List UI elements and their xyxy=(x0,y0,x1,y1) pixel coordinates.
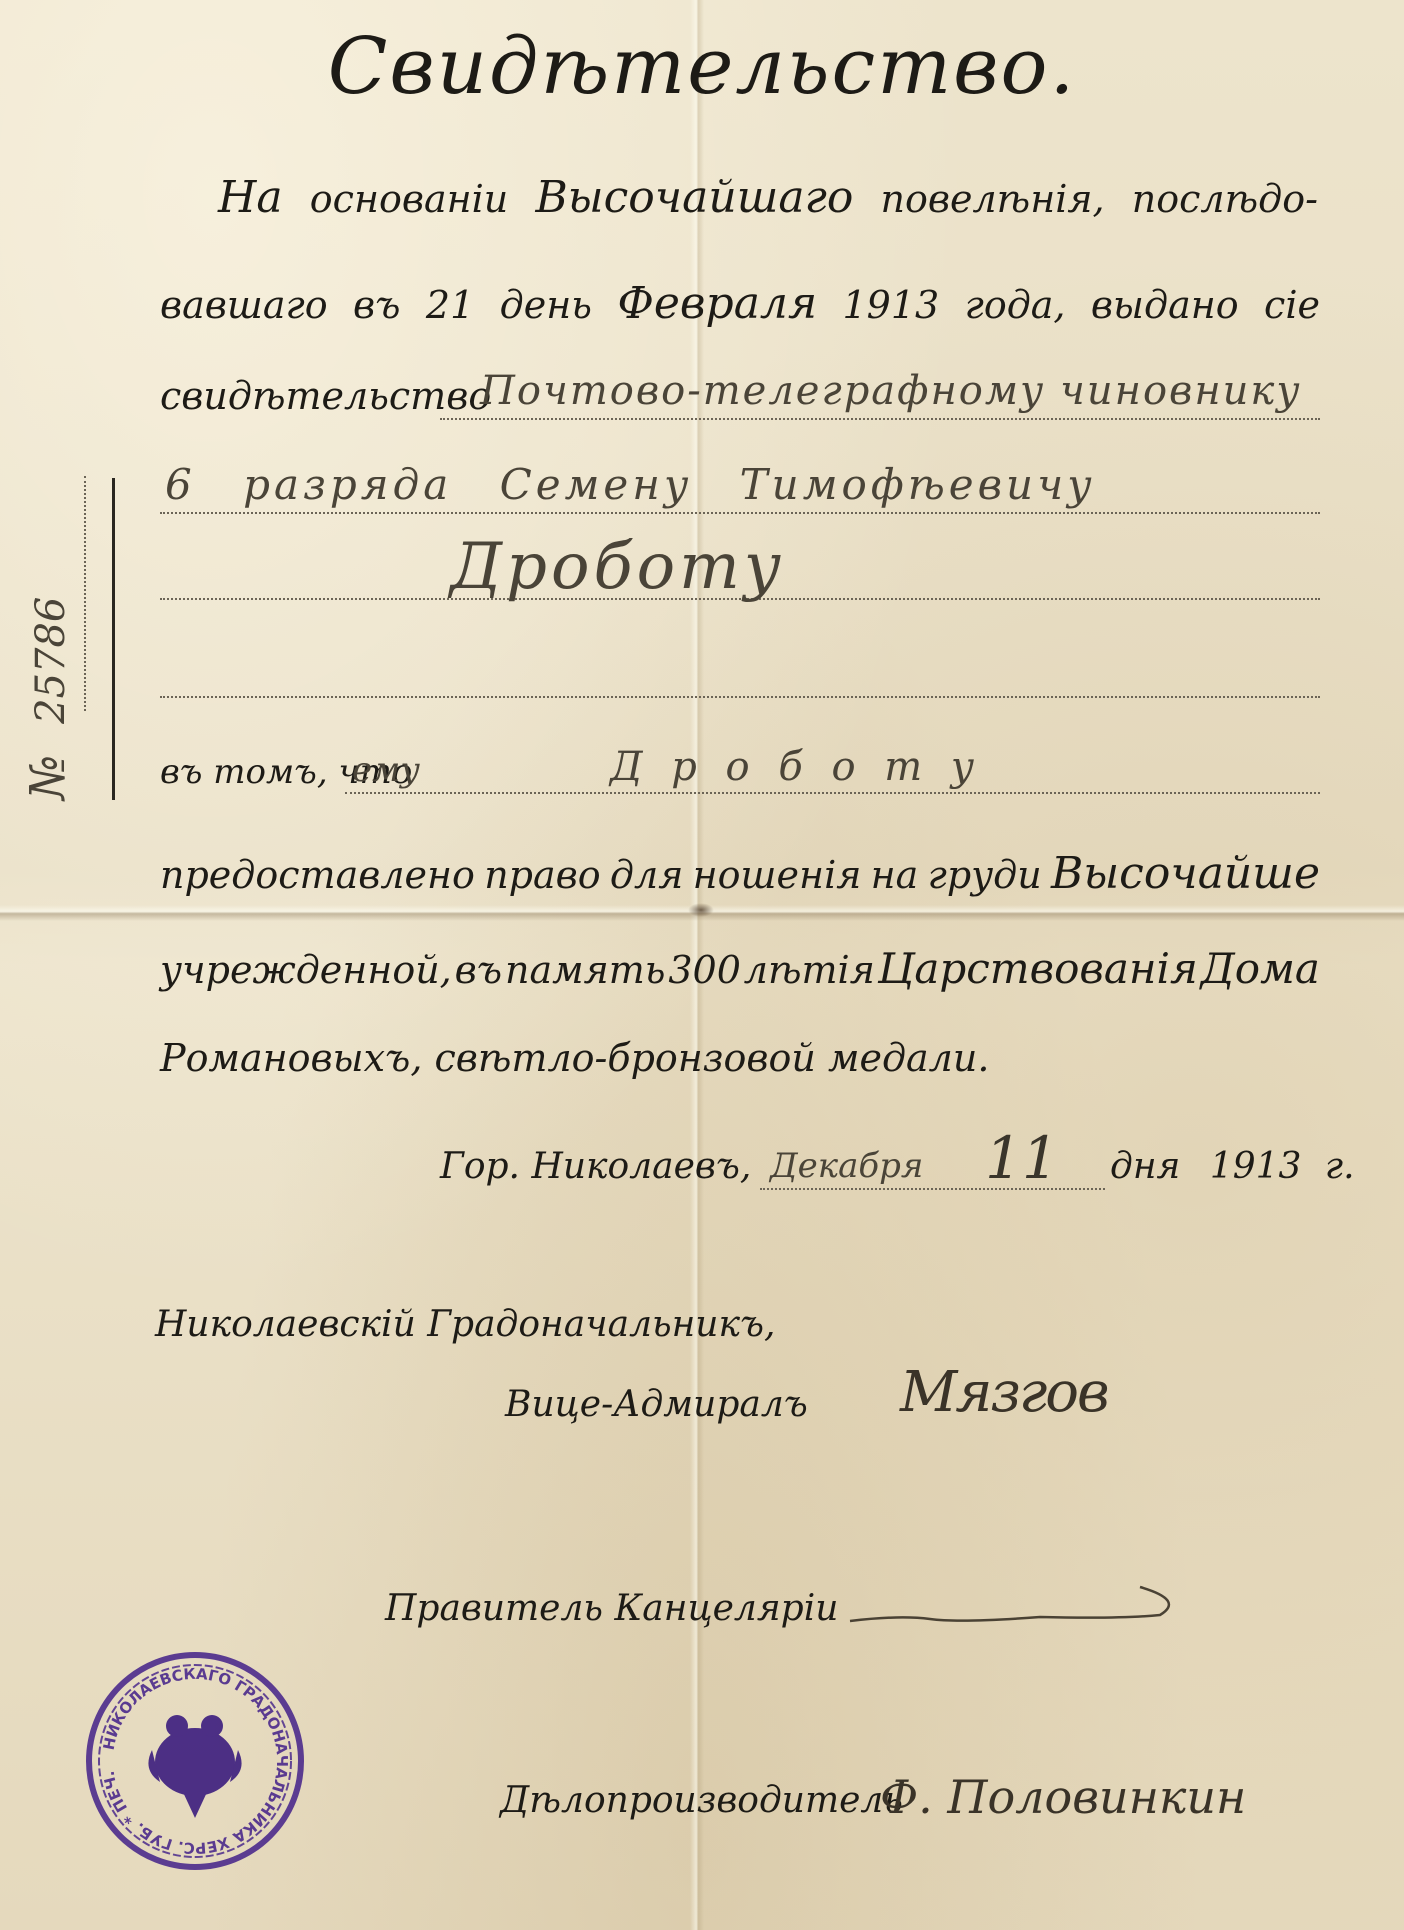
body-line-9: учрежденной, въ память 300 лѣтія Царство… xyxy=(160,944,1320,1004)
word: основаніи xyxy=(310,177,509,221)
word: память xyxy=(505,948,666,992)
serial-dotted-line xyxy=(84,476,86,711)
word: повелѣнія, xyxy=(881,177,1105,221)
body-line-8: предоставлено право для ношенія на груди… xyxy=(160,848,1320,908)
word: право xyxy=(484,853,600,897)
handwritten-pronoun: ему xyxy=(352,750,472,810)
document-title: Свидѣтельство. xyxy=(0,22,1404,112)
word: Дома xyxy=(1201,944,1320,993)
date-suffix: дня 1913 г. xyxy=(1110,1146,1330,1206)
word: въ xyxy=(455,948,502,992)
word: послѣдо- xyxy=(1132,177,1318,221)
word: выдано xyxy=(1091,283,1239,327)
word: день xyxy=(500,283,592,327)
signature-flourish xyxy=(840,1585,1180,1645)
word: ношенія xyxy=(693,853,862,897)
word: года, xyxy=(965,283,1066,327)
word: Царствованія xyxy=(878,944,1198,993)
eagle-emblem-icon xyxy=(148,1715,241,1818)
word: 1913 xyxy=(842,283,939,327)
signatory-1-title: Николаевскій Градоначальникъ, xyxy=(155,1304,855,1364)
city-label: Гор. Николаевъ, xyxy=(440,1146,751,1187)
word: Высочайше xyxy=(1051,848,1320,899)
word: для xyxy=(610,853,683,897)
handwritten-day: 11 xyxy=(985,1124,1065,1184)
handwritten-recipient-name: 6 разряда Семену Тимофѣевичу xyxy=(165,460,1265,520)
word: на xyxy=(871,853,919,897)
word: сіе xyxy=(1264,283,1320,327)
printed-text: свидѣтельство xyxy=(160,374,491,418)
word: лѣтія xyxy=(744,948,875,992)
word: 21 xyxy=(426,283,474,327)
margin-rule xyxy=(112,478,115,800)
signatory-3-title: Дѣлопроизводитель xyxy=(500,1780,880,1840)
signatory-2-title: Правитель Канцеляріи xyxy=(385,1588,885,1648)
handwritten-recipient-surname: Дроботу xyxy=(450,530,950,590)
serial-prefix: № xyxy=(20,755,76,800)
official-seal-stamp: НИКОЛАЕВСКАГО ГРАДОНАЧАЛЬНИКА ХЕРС. ГУБ.… xyxy=(82,1650,308,1872)
serial-number: № 25786 xyxy=(20,540,76,800)
year-value: 1913 xyxy=(1210,1146,1302,1187)
serial-value: 25786 xyxy=(28,597,74,724)
body-line-10: Романовыхъ, свѣтло-бронзовой медали. xyxy=(160,1036,1320,1096)
fill-line-6 xyxy=(160,696,1320,698)
signature-clerk: Ф. Половинкин xyxy=(880,1770,1246,1824)
word: 300 xyxy=(668,948,741,992)
handwritten-surname-spaced: Д р о б о т у xyxy=(610,744,1110,804)
word: На xyxy=(218,172,283,223)
word: учрежденной, xyxy=(160,948,452,992)
handwritten-recipient-position: Почтово-телеграфному чиновнику xyxy=(480,368,1320,428)
signatory-1-rank: Вице-Адмиралъ xyxy=(505,1384,865,1444)
word: Февраля xyxy=(617,278,817,329)
word: вавшаго xyxy=(160,283,328,327)
word: Высочайшаго xyxy=(535,172,853,223)
body-line-2: вавшаго въ 21 день Февраля 1913 года, вы… xyxy=(160,278,1320,338)
year-suffix: г. xyxy=(1325,1146,1355,1187)
body-line-1: На основаніи Высочайшаго повелѣнія, посл… xyxy=(218,172,1318,232)
word: груди xyxy=(928,853,1042,897)
signature-grad: Мязгов xyxy=(900,1360,1108,1425)
day-label: дня xyxy=(1110,1146,1180,1187)
handwritten-month: Декабря xyxy=(770,1146,950,1206)
word: въ xyxy=(353,283,400,327)
word: предоставлено xyxy=(160,853,475,897)
